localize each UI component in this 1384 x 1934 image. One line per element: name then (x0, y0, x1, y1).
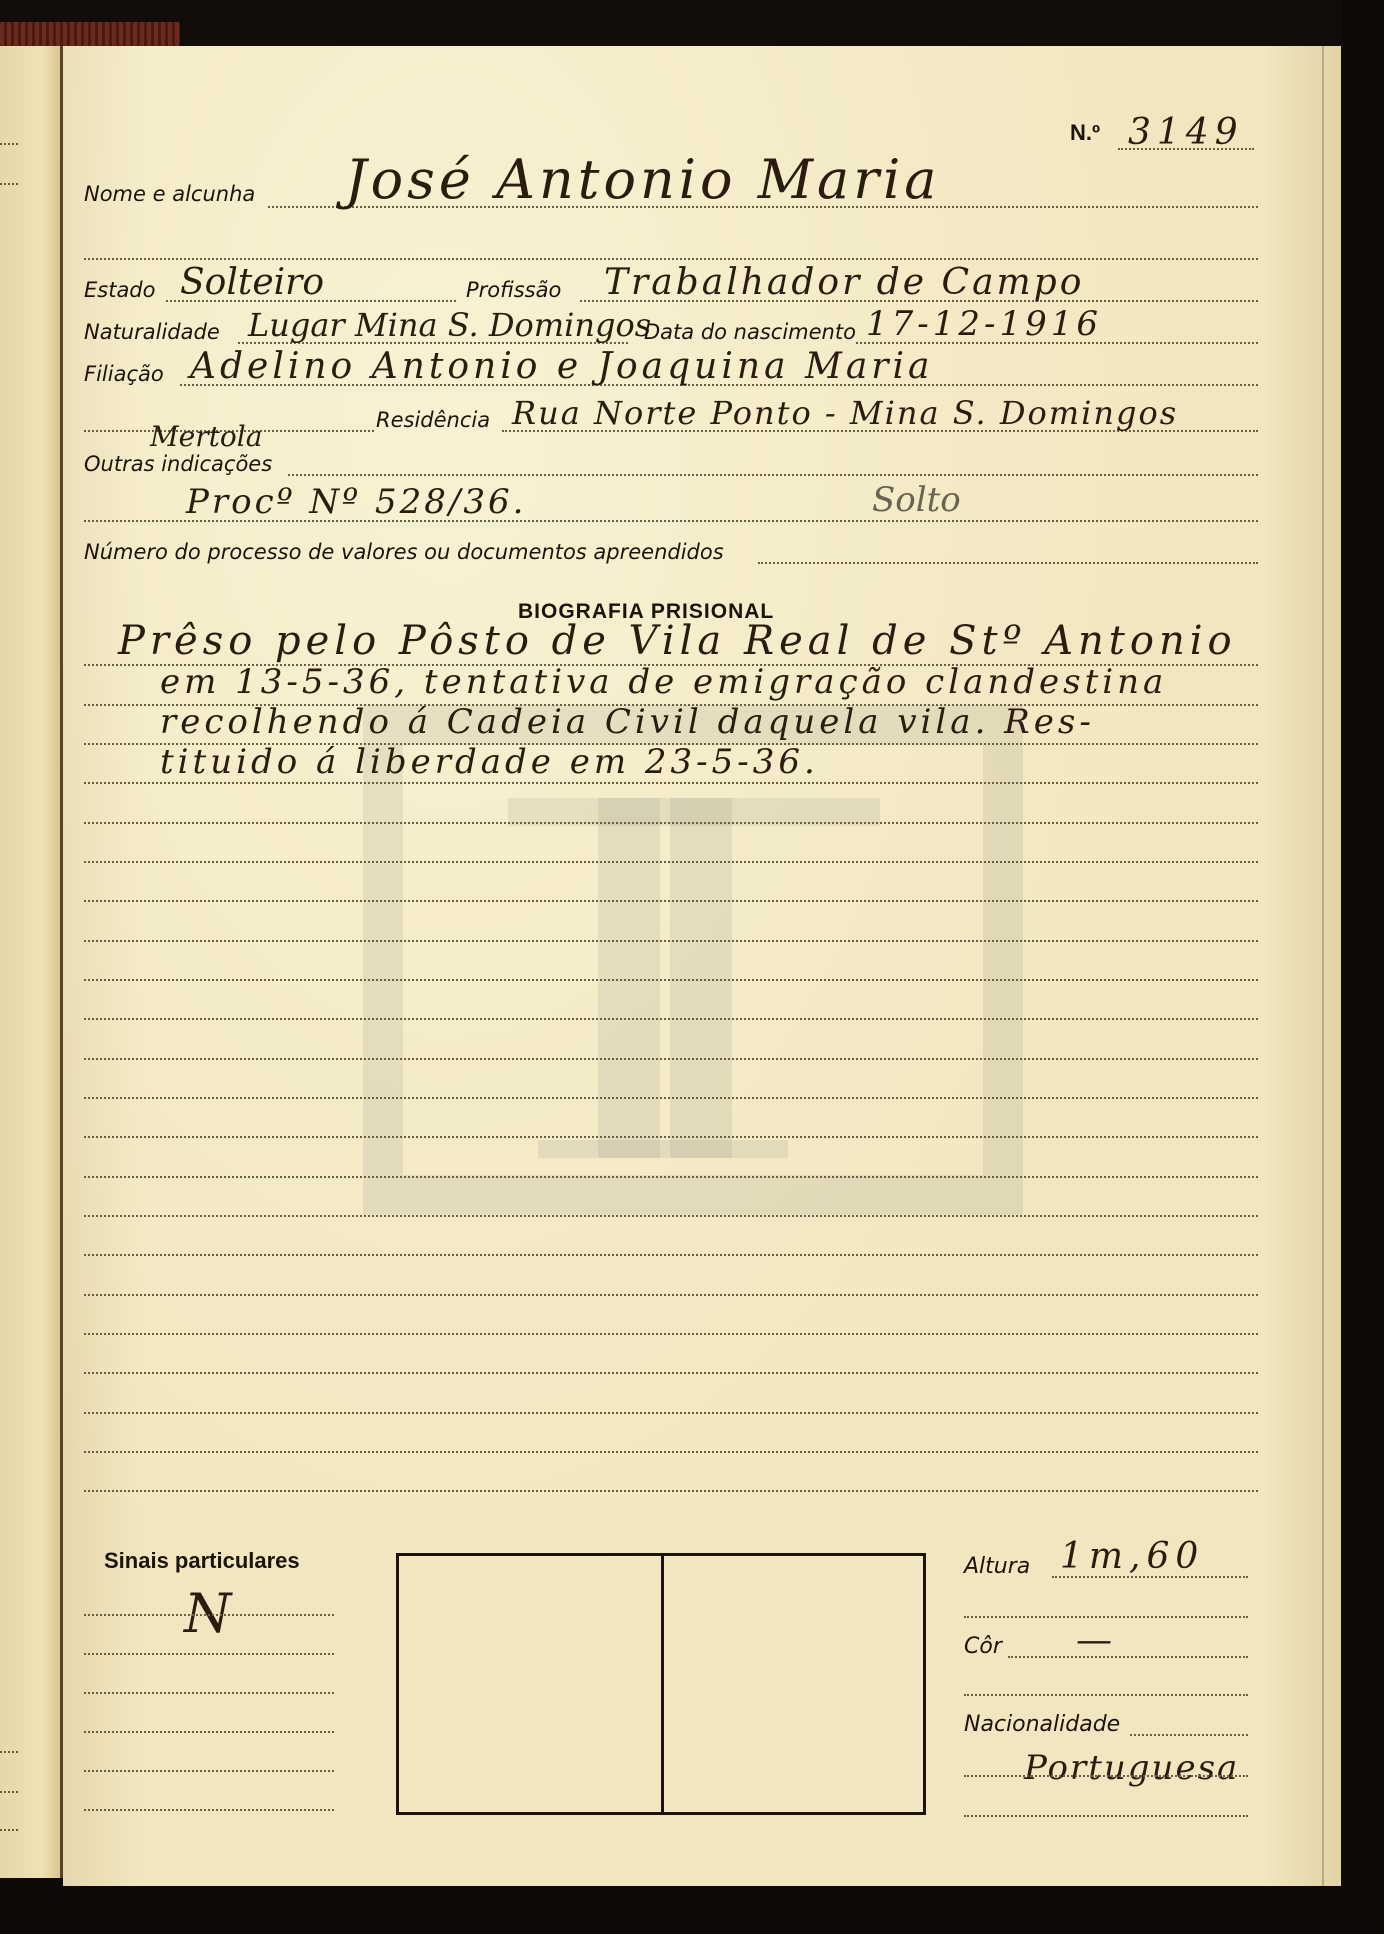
binding-stitch (0, 22, 180, 46)
bio-text-line-1: Prêso pelo Pôsto de Vila Real de Stº Ant… (118, 618, 1237, 664)
prev-page-dots (0, 1829, 18, 1831)
nome-value: José Antonio Maria (345, 148, 940, 211)
nacionalidade-label: Nacionalidade (964, 1712, 1120, 1737)
outras-indicacoes-label: Outras indicações (84, 452, 272, 476)
estado-value: Solteiro (180, 262, 324, 303)
outras-indicacoes-value: Procº Nº 528/36. (186, 482, 526, 522)
prev-page-dots (0, 183, 18, 185)
bio-text-line-2: em 13-5-36, tentativa de emigração cland… (160, 662, 1167, 702)
cor-line (1008, 1656, 1248, 1658)
prev-page-dots (0, 1791, 18, 1793)
sinais-line (84, 1809, 334, 1811)
previous-page-edge (0, 46, 60, 1878)
cor-value: — (1076, 1620, 1112, 1661)
page-edge (1322, 46, 1324, 1886)
nacionalidade-line-2 (964, 1775, 1248, 1777)
profissao-label: Profissão (466, 278, 561, 302)
cor-label: Côr (964, 1634, 1002, 1659)
bio-line (84, 822, 1258, 824)
bio-line (84, 1097, 1258, 1099)
bio-line (84, 1490, 1258, 1492)
altura-value: 1m,60 (1060, 1536, 1204, 1577)
bio-line (84, 1333, 1258, 1335)
nacionalidade-line-3 (964, 1815, 1248, 1817)
background-bottom (0, 1886, 1384, 1934)
bio-line (84, 1058, 1258, 1060)
nacionalidade-line (1130, 1734, 1248, 1736)
numero-processo-line (758, 562, 1258, 564)
residencia-extra-value: Mertola (150, 420, 262, 453)
nome-label: Nome e alcunha (84, 182, 255, 206)
bio-line (84, 1215, 1258, 1217)
outras-indicacoes-note: Solto (872, 480, 961, 520)
outras-indicacoes-line (288, 474, 1258, 476)
record-number-label: N.º (1070, 120, 1100, 146)
sinais-line (84, 1731, 334, 1733)
bio-line (84, 940, 1258, 942)
sinais-line (84, 1653, 334, 1655)
bio-line (84, 1136, 1258, 1138)
bio-line (84, 1254, 1258, 1256)
numero-processo-label: Número do processo de valores ou documen… (84, 540, 724, 564)
data-nascimento-label: Data do nascimento (644, 320, 856, 344)
record-number-value: 3149 (1128, 112, 1244, 153)
bio-line (84, 1294, 1258, 1296)
sinais-line (84, 1770, 334, 1772)
nome-line-2 (84, 258, 1258, 260)
watermark-letter-t (670, 798, 732, 1158)
sinais-label: Sinais particulares (104, 1548, 300, 1574)
photo-box (396, 1553, 926, 1815)
naturalidade-label: Naturalidade (84, 320, 220, 344)
residencia-value: Rua Norte Ponto - Mina S. Domingos (512, 394, 1178, 432)
sinais-line (84, 1692, 334, 1694)
estado-label: Estado (84, 278, 156, 302)
bio-line (84, 1451, 1258, 1453)
cor-line-2 (964, 1694, 1248, 1696)
bio-text-line-4: tituido á liberdade em 23-5-36. (160, 742, 819, 782)
bio-line (84, 1176, 1258, 1178)
prev-page-dots (0, 1751, 18, 1753)
naturalidade-value: Lugar Mina S. Domingos (248, 306, 651, 344)
book-binding-top (0, 0, 1384, 46)
residencia-label: Residência (376, 408, 490, 432)
bio-line (84, 861, 1258, 863)
bio-line (84, 1372, 1258, 1374)
watermark-letter-t (538, 1140, 788, 1158)
prev-page-dots (0, 143, 18, 145)
filiacao-label: Filiação (84, 362, 164, 386)
data-nascimento-value: 17-12-1916 (866, 304, 1102, 344)
bio-line (84, 782, 1258, 784)
bio-line (84, 979, 1258, 981)
photo-box-divider (661, 1556, 664, 1812)
profissao-value: Trabalhador de Campo (604, 262, 1084, 303)
altura-label: Altura (964, 1554, 1030, 1579)
bio-line (84, 900, 1258, 902)
nacionalidade-value: Portuguesa (1024, 1748, 1239, 1788)
sinais-line (84, 1614, 334, 1616)
watermark-letter-t (598, 798, 660, 1158)
background-right (1341, 0, 1384, 1934)
bio-text-line-3: recolhendo á Cadeia Civil daquela vila. … (160, 702, 1095, 742)
altura-line-2 (964, 1616, 1248, 1618)
filiacao-value: Adelino Antonio e Joaquina Maria (190, 346, 933, 387)
bio-line (84, 1412, 1258, 1414)
bio-line (84, 1018, 1258, 1020)
